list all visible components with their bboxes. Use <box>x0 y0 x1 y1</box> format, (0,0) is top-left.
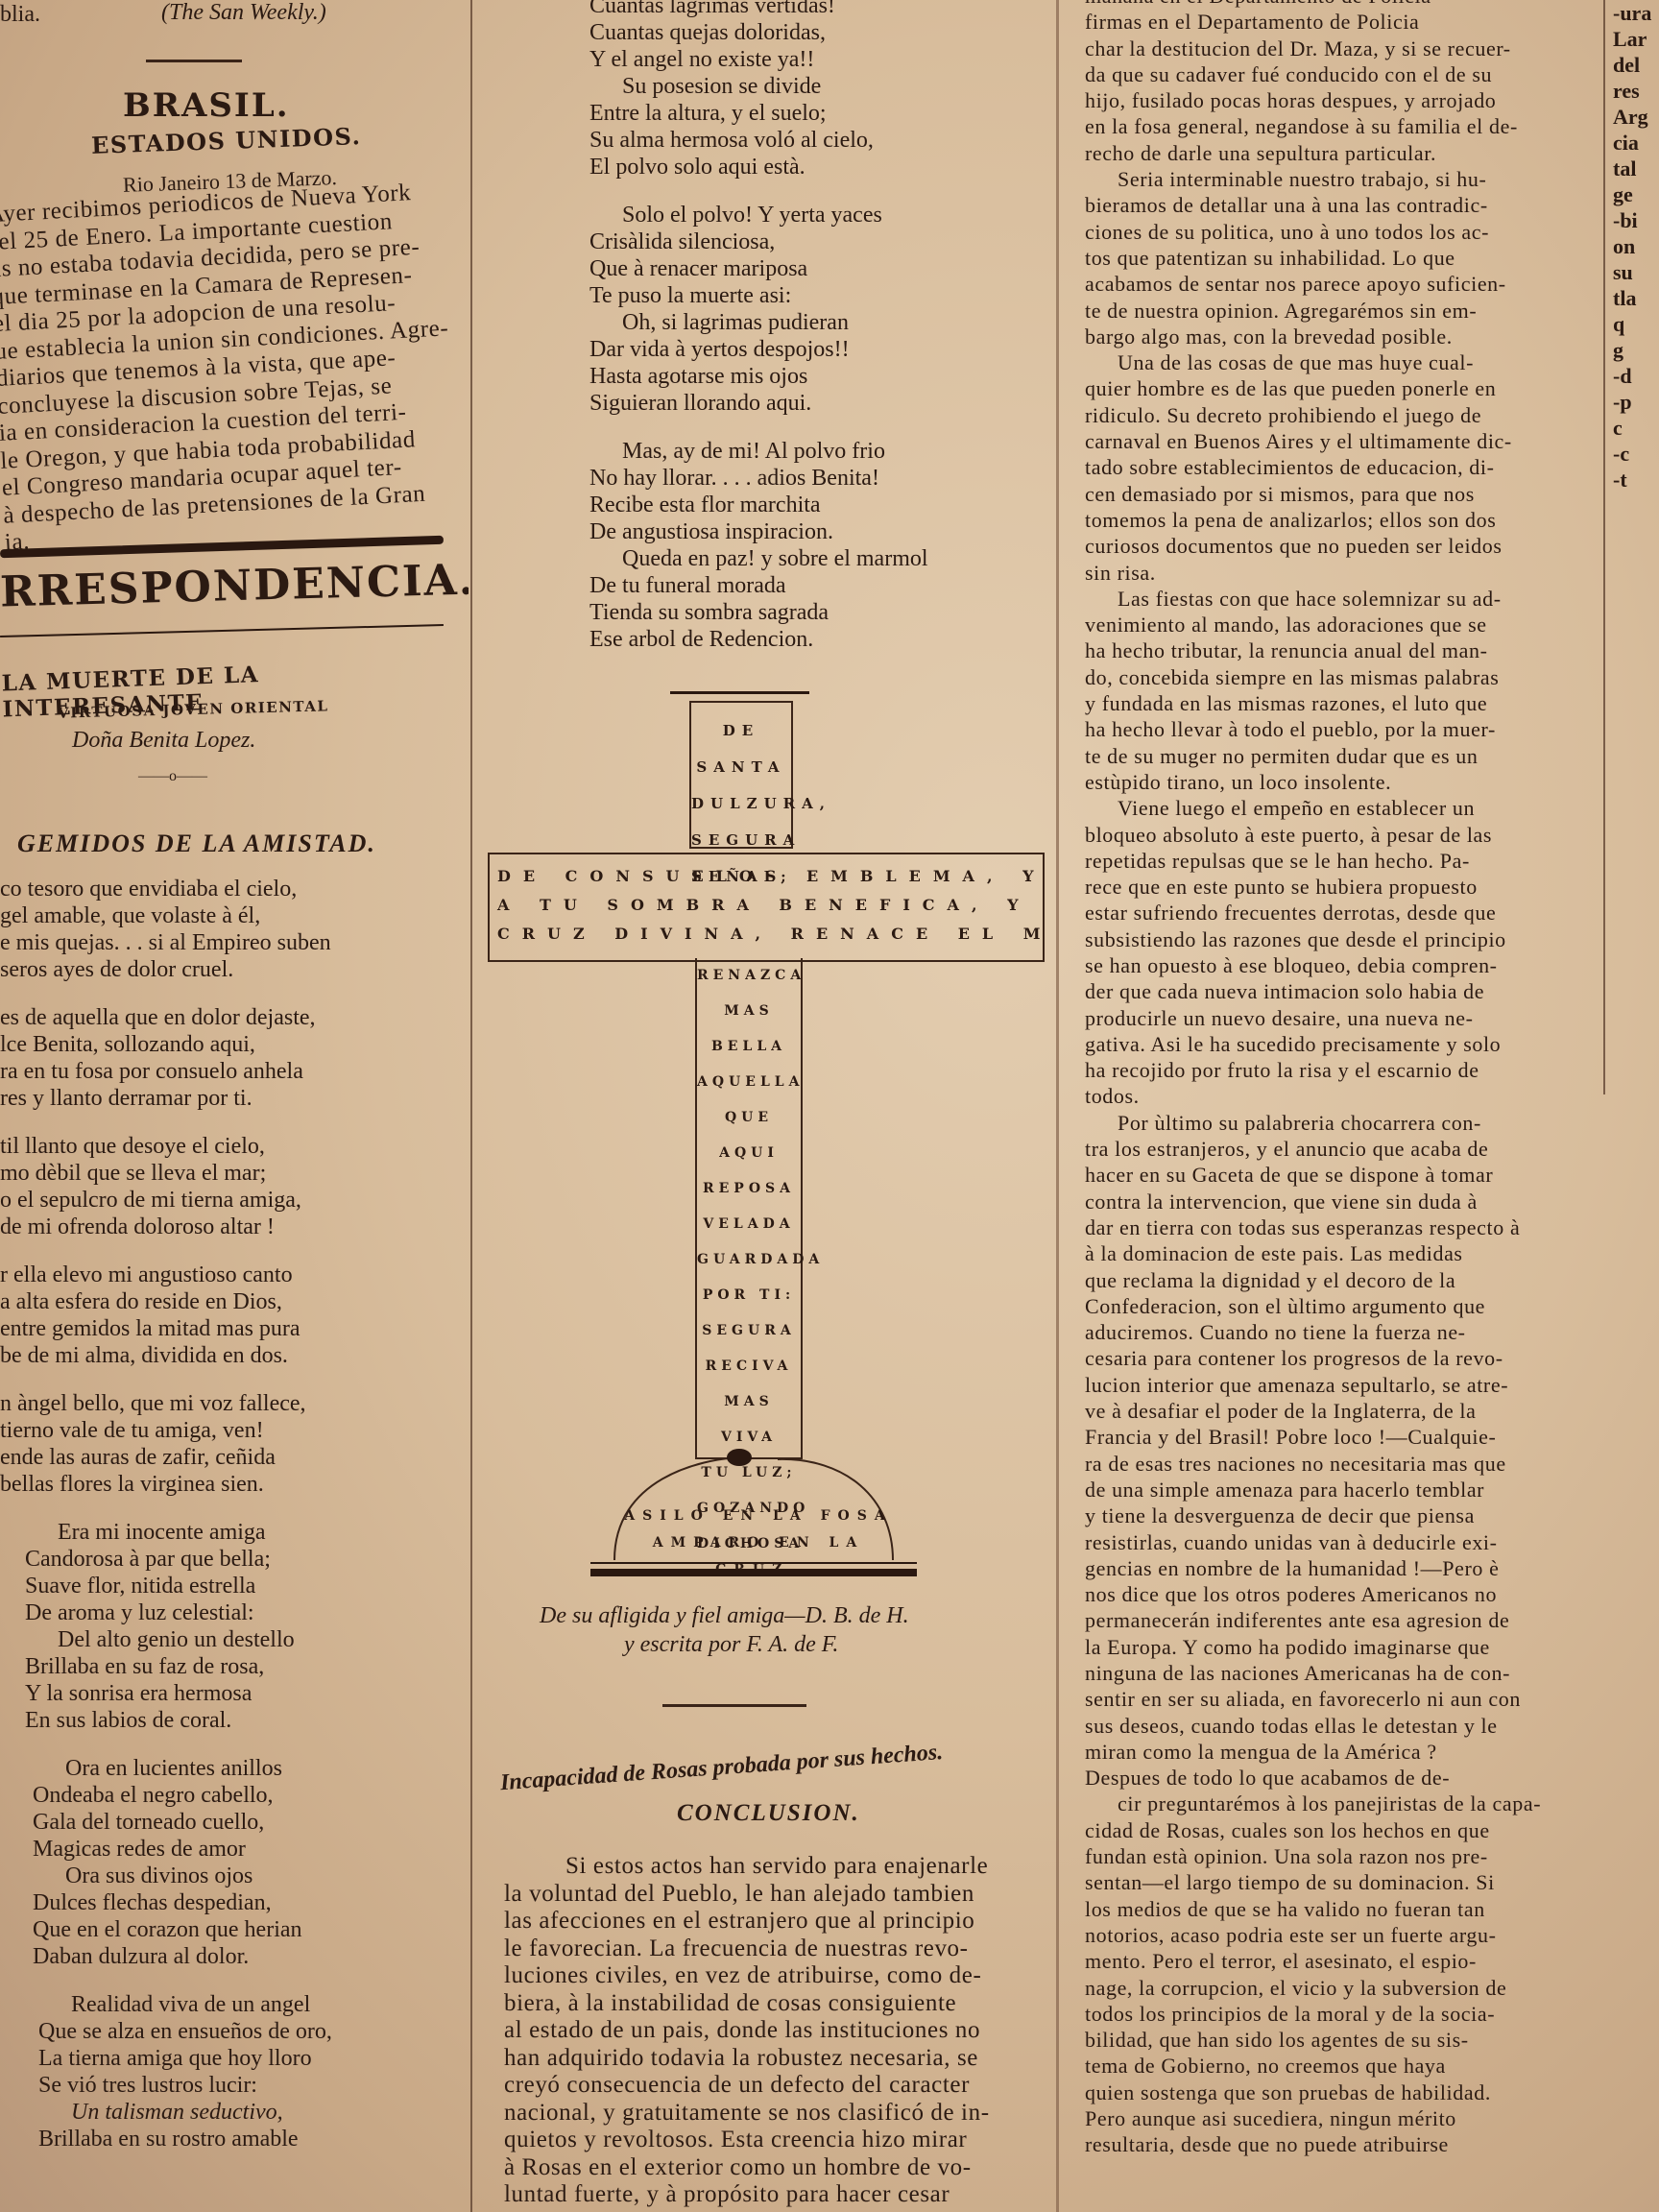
cross-line: MAS BELLA <box>697 994 801 1065</box>
fragment: g <box>1613 337 1659 363</box>
article-line: bloqueo absoluto à este puerto, à pesar … <box>1085 822 1623 848</box>
article-line: cir preguntarémos à los panejiristas de … <box>1085 1791 1623 1816</box>
article-line: dar en tierra con todas sus esperanzas r… <box>1085 1214 1623 1240</box>
verse-line: entre gemidos la mitad mas pura <box>0 1315 461 1342</box>
fragment: -bi <box>1613 207 1659 233</box>
verse-line: es de aquella que en dolor dejaste, <box>0 1004 461 1031</box>
brasil-article: Ayer recibimos periodicos de Nueva York … <box>0 179 456 558</box>
article-line: tema de Gobierno, no creemos que haya <box>1085 2053 1623 2079</box>
stanza: Ora en lucientes anillos Ondeaba el negr… <box>0 1755 461 1970</box>
verse-line: seros ayes de dolor cruel. <box>0 956 461 983</box>
verse-line: Que se alza en ensueños de oro, <box>38 2018 461 2045</box>
fragment: on <box>1613 233 1659 259</box>
verse-line: Del alto genio un destello <box>25 1626 461 1653</box>
stanza: es de aquella que en dolor dejaste, lce … <box>0 1004 461 1112</box>
verse-line: No hay llorar. . . . adios Benita! <box>589 465 928 492</box>
verse-line: Y la sonrisa era hermosa <box>25 1680 461 1707</box>
article-line: cidad de Rosas, cuales son los hechos en… <box>1085 1817 1623 1843</box>
fragment: ge <box>1613 181 1659 207</box>
verse-line: Era mi inocente amiga <box>25 1519 461 1546</box>
article-line: ha recojido por fruto la risa y el escar… <box>1085 1057 1623 1083</box>
verse-line: lce Benita, sollozando aqui, <box>0 1031 461 1058</box>
article-line: char la destitucion del Dr. Maza, y si s… <box>1085 36 1623 61</box>
fragment: -d <box>1613 363 1659 389</box>
cross-line: REPOSA <box>697 1171 801 1207</box>
cross-base-rule-thick <box>590 1569 917 1576</box>
article-line: se han opuesto à ese bloqueo, debia comp… <box>1085 952 1623 978</box>
article-line: subsistiendo las razones que desde el pr… <box>1085 926 1623 952</box>
dedication-name: Doña Benita Lopez. <box>72 728 255 754</box>
stanza: Cuantas lagrimas vertidas! Cuantas queja… <box>589 0 928 180</box>
verse-line: Te puso la muerte asi: <box>589 282 928 309</box>
article-line: acabamos de sentar nos parece apoyo sufi… <box>1085 271 1623 297</box>
article-line: las afecciones en el estranjero que al p… <box>504 1908 1042 1935</box>
article-line: que reclama la dignidad y el decoro de l… <box>1085 1267 1623 1293</box>
article-line: aduciremos. Cuando no tiene la fuerza ne… <box>1085 1319 1623 1345</box>
article-line: repetidas repulsas que se le han hecho. … <box>1085 848 1623 874</box>
verse-line: El polvo solo aqui està. <box>589 154 928 180</box>
verse-line: Daban dulzura al dolor. <box>33 1943 461 1970</box>
article-line: gencias en nombre de la humanidad !—Pero… <box>1085 1555 1623 1581</box>
cross-line: ASILO EN LA FOSA <box>605 1503 912 1529</box>
cross-line: RECIVA <box>697 1349 801 1384</box>
article-line: la Europa. Y como ha podido imaginarse q… <box>1085 1634 1623 1660</box>
article-line: recho de darle una sepultura particular. <box>1085 140 1623 166</box>
cross-line: POR TI: <box>697 1278 801 1313</box>
fragment: -t <box>1613 467 1659 493</box>
stanza: Mas, ay de mi! Al polvo frio No hay llor… <box>589 438 928 653</box>
section-banner-correspondencia: RRESPONDENCIA. <box>0 556 469 617</box>
verse-line: ende las auras de zafir, ceñida <box>0 1444 461 1471</box>
cross-line: SEGURA <box>697 1313 801 1349</box>
article-line: venimiento al mando, las adoraciones que… <box>1085 612 1623 637</box>
verse-line: La tierna amiga que hoy lloro <box>38 2045 461 2072</box>
article-line: da que su cadaver fué conducido con el d… <box>1085 61 1623 87</box>
verse-line: Que en el corazon que herian <box>33 1916 461 1943</box>
article-line: ve à desafiar el poder de la Inglaterra,… <box>1085 1398 1623 1424</box>
article-line: producirle un nuevo desaire, una nueva n… <box>1085 1005 1623 1031</box>
top-fragment: blia. <box>0 2 40 28</box>
article-line: resultaria, desde que no puede atribuirs… <box>1085 2131 1623 2157</box>
verse-line: e mis quejas. . . si al Empireo suben <box>0 929 461 956</box>
verse-line: Un talisman seductivo, <box>38 2099 461 2126</box>
article-line: han adquirido todavia la robustez necesa… <box>504 2045 1042 2073</box>
cross-line: GUARDADA <box>697 1242 801 1278</box>
article-line: ciones de su politica, uno à uno todos l… <box>1085 219 1623 245</box>
article-line: Seria interminable nuestro trabajo, si h… <box>1085 166 1623 192</box>
article-line: todos. <box>1085 1083 1623 1109</box>
article-line: al estado de un pais, donde las instituc… <box>504 2017 1042 2045</box>
cross-line: A TU SOMBRA BENEFICA, Y POR LA <box>497 891 1035 920</box>
verse-line: Se vió tres lustros lucir: <box>38 2072 461 2099</box>
verse-line: Ondeaba el negro cabello, <box>33 1782 461 1809</box>
article-line: estùpido tirano, un loco insolente. <box>1085 769 1623 795</box>
article-line: sentan—el largo tiempo de su dominacion.… <box>1085 1869 1623 1895</box>
divider <box>146 60 242 62</box>
page-fold <box>1056 0 1059 2212</box>
verse-line: de mi ofrenda doloroso altar ! <box>0 1214 461 1240</box>
signature-line-2: y escrita por F. A. de F. <box>624 1632 838 1658</box>
article-line: y fundada en las mismas razones, el luto… <box>1085 690 1623 716</box>
verse-line: a alta esfera do reside en Dios, <box>0 1288 461 1315</box>
verse-line: Cuantas lagrimas vertidas! <box>589 0 928 19</box>
cross-top-box: DE SANTA DULZURA, SEGURA SEÑAL; <box>689 701 793 849</box>
article-line: à Rosas en el exterior como un hombre de… <box>504 2154 1042 2182</box>
right-column: mañana en el Departamento de Policia fir… <box>1066 0 1659 2212</box>
left-column: blia. (The San Weekly.) BRASIL. ESTADOS … <box>0 0 469 2212</box>
cross-line: VELADA <box>697 1207 801 1242</box>
article-line: nos dice que los otros poderes Americano… <box>1085 1581 1623 1607</box>
verse-line: r ella elevo mi angustioso canto <box>0 1262 461 1288</box>
stanza: r ella elevo mi angustioso canto a alta … <box>0 1262 461 1369</box>
article-line: tra los estranjeros, y el anuncio que ac… <box>1085 1136 1623 1162</box>
article-line: en la fosa general, negandose à su famil… <box>1085 113 1623 139</box>
article-line: miran como la mengua de la América ? <box>1085 1739 1623 1765</box>
fragment: su <box>1613 259 1659 285</box>
verse-line: Mas, ay de mi! Al polvo frio <box>589 438 928 465</box>
section-rule-bottom <box>0 624 444 637</box>
verse-line: Solo el polvo! Y yerta yaces <box>589 202 928 228</box>
article-line: Francia y del Brasil! Pobre loco !—Cualq… <box>1085 1424 1623 1450</box>
article-line: Las fiestas con que hace solemnizar su a… <box>1085 586 1623 612</box>
article-line: te de nuestra opinion. Agregarémos sin e… <box>1085 298 1623 324</box>
verse-line: be de mi alma, dividida en dos. <box>0 1342 461 1369</box>
fragment: -ura <box>1613 0 1659 26</box>
cross-line: CRUZ DIVINA, RENACE EL MORTAL <box>497 920 1035 949</box>
fragment: -p <box>1613 389 1659 415</box>
signature-line-1: De su afligida y fiel amiga—D. B. de H. <box>540 1603 909 1629</box>
fragment: tal <box>1613 156 1659 181</box>
verse-line: ra en tu fosa por consuelo anhela <box>0 1058 461 1085</box>
verse-line: Magicas redes de amor <box>33 1836 461 1863</box>
verse-line: Dulces flechas despedian, <box>33 1889 461 1916</box>
article-line: estar sufriendo frecuentes derrotas, des… <box>1085 900 1623 926</box>
article-line: Viene luego el empeño en establecer un <box>1085 795 1623 821</box>
stanza: co tesoro que envidiaba el cielo, gel am… <box>0 876 461 983</box>
cross-line: DULZURA, <box>691 785 791 822</box>
article-line: mañana en el Departamento de Policia <box>1085 0 1623 9</box>
verse-line: Entre la altura, y el suelo; <box>589 100 928 127</box>
article-line: ninguna de las naciones Americanas ha de… <box>1085 1660 1623 1686</box>
verse-line: Oh, si lagrimas pudieran <box>589 309 928 336</box>
verse-line: tierno vale de tu amiga, ven! <box>0 1417 461 1444</box>
ornament-divider: ——o—— <box>115 768 230 785</box>
verse-line: Tienda su sombra sagrada <box>589 599 928 626</box>
article-line: quietos y revoltosos. Esta creencia hizo… <box>504 2127 1042 2154</box>
article-line: notorios, acaso podria este ser un fuert… <box>1085 1922 1623 1948</box>
cross-line: QUE AQUI <box>697 1100 801 1171</box>
poem-stanzas: co tesoro que envidiaba el cielo, gel am… <box>0 876 461 2174</box>
verse-line: De tu funeral morada <box>589 572 928 599</box>
verse-line: Brillaba en su faz de rosa, <box>25 1653 461 1680</box>
article-line: curiosos documentos que no pueden ser le… <box>1085 533 1623 559</box>
verse-line: bellas flores la virginea sien. <box>0 1471 461 1498</box>
verse-line: Gala del torneado cuello, <box>33 1809 461 1836</box>
stanza: Era mi inocente amiga Candorosa à par qu… <box>0 1519 461 1734</box>
article-line: tomemos la pena de analizarlos; ellos so… <box>1085 507 1623 533</box>
article-line: fundan està opinion. Una sola razon nos … <box>1085 1843 1623 1869</box>
verse-line: Suave flor, nitida estrella <box>25 1573 461 1599</box>
article-line: nacional, y gratuitamente se nos clasifi… <box>504 2100 1042 2128</box>
verse-line: De aroma y luz celestial: <box>25 1599 461 1626</box>
verse-line: Ora en lucientes anillos <box>33 1755 461 1782</box>
verse-line: res y llanto derramar por ti. <box>0 1085 461 1112</box>
poem-continuation: Cuantas lagrimas vertidas! Cuantas queja… <box>589 0 928 674</box>
article-line: biera, à la instabilidad de cosas consig… <box>504 1990 1042 2018</box>
article-line: contra la intervencion, que viene sin du… <box>1085 1189 1623 1214</box>
verse-line: o el sepulcro de mi tierna amiga, <box>0 1187 461 1214</box>
article-line: mento. Pero el terror, el asesinato, el … <box>1085 1948 1623 1974</box>
cross-line: AQUELLA <box>697 1065 801 1100</box>
verse-line: co tesoro que envidiaba el cielo, <box>0 876 461 902</box>
cross-stem-box: RENAZCA MAS BELLA AQUELLA QUE AQUI REPOS… <box>695 958 803 1459</box>
divider <box>662 1704 806 1707</box>
article-line: la voluntad del Pueblo, le han alejado t… <box>504 1881 1042 1909</box>
cross-base-rule-thin <box>590 1562 917 1564</box>
cross-top-rule <box>670 691 809 694</box>
article-line: luciones civiles, en vez de atribuirse, … <box>504 1962 1042 1990</box>
article-line: los medios de que se ha valido no fueran… <box>1085 1896 1623 1922</box>
article-line: tado sobre establecimientos de educacion… <box>1085 454 1623 480</box>
article-line: cen demasiado por si mismos, para que no… <box>1085 481 1623 507</box>
article-line: Por ùltimo su palabreria chocarrera con- <box>1085 1110 1623 1136</box>
middle-column: Cuantas lagrimas vertidas! Cuantas queja… <box>480 0 1046 2212</box>
article-line: permanecerán indiferentes ante esa agres… <box>1085 1607 1623 1633</box>
verse-line: mo dèbil que se lleva el mar; <box>0 1160 461 1187</box>
article-line: hijo, fusilado pocas horas despues, y ar… <box>1085 87 1623 113</box>
article-line: firmas en el Departamento de Policia <box>1085 9 1623 35</box>
article-line: quier hombre es de las que pueden ponerl… <box>1085 375 1623 401</box>
article-line: cesaria para contener los progresos de l… <box>1085 1345 1623 1371</box>
article-line: bieramos de detallar una à una las contr… <box>1085 192 1623 218</box>
article-line: de una simple amenaza para hacerlo tembl… <box>1085 1477 1623 1503</box>
verse-line: Siguieran llorando aqui. <box>589 390 928 417</box>
fragment: cia <box>1613 130 1659 156</box>
article-line: do, concebida siempre en las mismas pala… <box>1085 664 1623 690</box>
article-line: sin risa. <box>1085 560 1623 586</box>
fragment: tla <box>1613 285 1659 311</box>
verse-line: Dar vida à yertos despojos!! <box>589 336 928 363</box>
fragment: q <box>1613 311 1659 337</box>
fragment: del <box>1613 52 1659 78</box>
verse-line: n àngel bello, que mi voz fallece, <box>0 1390 461 1417</box>
verse-line: Hasta agotarse mis ojos <box>589 363 928 390</box>
fragment: Arg <box>1613 104 1659 130</box>
verse-line: Ora sus divinos ojos <box>33 1863 461 1889</box>
article-line: luntad fuerte, y à propósito para hacer … <box>504 2181 1042 2209</box>
article-line: resistirlas, cuando unidas van à deducir… <box>1085 1529 1623 1555</box>
verse-line: til llanto que desoye el cielo, <box>0 1133 461 1160</box>
article-body: Si estos actos han servido para enajenar… <box>504 1853 1042 2209</box>
fragment: c <box>1613 415 1659 441</box>
article-line: bilidad, que han sido los agentes de su … <box>1085 2027 1623 2053</box>
cross-arms-box: DE CONSUELOS EMBLEMA, Y FIGURA A TU SOMB… <box>488 853 1045 962</box>
article-line: sus deseos, cuando todas ellas le detest… <box>1085 1713 1623 1739</box>
stanza: n àngel bello, que mi voz fallece, tiern… <box>0 1390 461 1498</box>
verse-line: Crisàlida silenciosa, <box>589 228 928 255</box>
article-line: creyó consecuencia de un defecto del car… <box>504 2072 1042 2100</box>
verse-line: Realidad viva de un angel <box>38 1991 461 2018</box>
verse-line: De angustiosa inspiracion. <box>589 518 928 545</box>
cross-arms-text: DE CONSUELOS EMBLEMA, Y FIGURA A TU SOMB… <box>490 854 1043 956</box>
stanza: Solo el polvo! Y yerta yaces Crisàlida s… <box>589 202 928 417</box>
article-line: Una de las cosas de que mas huye cual- <box>1085 349 1623 375</box>
verse-line: Que à renacer mariposa <box>589 255 928 282</box>
fragment: Lar <box>1613 26 1659 52</box>
verse-line: Brillaba en su rostro amable <box>38 2126 461 2152</box>
newspaper-page: blia. (The San Weekly.) BRASIL. ESTADOS … <box>0 0 1659 2212</box>
article-line: rece que en este punto se hubiera propue… <box>1085 874 1623 900</box>
article-line: hacer en su Gaceta de que se dispone à t… <box>1085 1162 1623 1188</box>
verse-line: Cuantas quejas doloridas, <box>589 19 928 46</box>
article-line: gativa. Asi le ha sucedido precisamente … <box>1085 1031 1623 1057</box>
column-rule <box>470 0 472 2212</box>
verse-line: Candorosa à par que bella; <box>25 1546 461 1573</box>
article-line: à la dominacion de este pais. Las medida… <box>1085 1240 1623 1266</box>
article-line: todos los principios de la moral y de la… <box>1085 2001 1623 2027</box>
article-line: nage, la corrupcion, el vicio y la subve… <box>1085 1975 1623 2001</box>
subhead-estados-unidos: ESTADOS UNIDOS. <box>91 122 362 159</box>
verse-line: En sus labios de coral. <box>25 1707 461 1734</box>
article-line: Si estos actos han servido para enajenar… <box>504 1853 1042 1881</box>
cross-line: DE SANTA <box>691 712 791 785</box>
headline-brasil: BRASIL. <box>123 86 290 125</box>
masthead-fragment: (The San Weekly.) <box>161 0 326 26</box>
article-subtitle: CONCLUSION. <box>677 1800 860 1827</box>
article-title: Incapacidad de Rosas probada por sus hec… <box>499 1740 944 1796</box>
article-line: Pero aunque asi sucediera, ningun mérito <box>1085 2105 1623 2131</box>
adjacent-column-fragments: -ura Lar del res Arg cia tal ge -bi on s… <box>1613 0 1659 493</box>
verse-line: gel amable, que volaste à él, <box>0 902 461 929</box>
article-line: ra de esas tres naciones no necesitaria … <box>1085 1451 1623 1477</box>
article-line: ridiculo. Su decreto prohibiendo el jueg… <box>1085 402 1623 428</box>
rosas-article-continuation: mañana en el Departamento de Policia fir… <box>1085 0 1623 2158</box>
article-line: carnaval en Buenos Aires y el ultimament… <box>1085 428 1623 454</box>
article-line: tos que patentizan su inhabilidad. Lo qu… <box>1085 245 1623 271</box>
verse-line: Y el angel no existe ya!! <box>589 46 928 73</box>
article-line: bargo algo mas, con la brevedad posible. <box>1085 324 1623 349</box>
article-line: te de su muger no permiten dudar que es … <box>1085 743 1623 769</box>
article-line: Despues de todo lo que acabamos de de- <box>1085 1765 1623 1791</box>
article-line: lucion interior que amenaza sepultarlo, … <box>1085 1372 1623 1398</box>
article-line: Confederacion, son el ùltimo argumento q… <box>1085 1293 1623 1319</box>
fragment: res <box>1613 78 1659 104</box>
verse-line: Queda en paz! y sobre el marmol <box>589 545 928 572</box>
poem-title: GEMIDOS DE LA AMISTAD. <box>17 829 376 858</box>
cross-line: DE CONSUELOS EMBLEMA, Y FIGURA <box>497 862 1035 891</box>
verse-line: Ese arbol de Redencion. <box>589 626 928 653</box>
verse-line: Recibe esta flor marchita <box>589 492 928 518</box>
article-line: le favorecian. La frecuencia de nuestras… <box>504 1935 1042 1963</box>
stanza: til llanto que desoye el cielo, mo dèbil… <box>0 1133 461 1240</box>
verse-line: Su alma hermosa voló al cielo, <box>589 127 928 154</box>
cross-line: RENAZCA <box>697 958 801 994</box>
article-line: sentir en ser su aliada, en favorecerlo … <box>1085 1686 1623 1712</box>
verse-line: Su posesion se divide <box>589 73 928 100</box>
column-rule <box>1603 0 1605 1094</box>
stanza: Realidad viva de un angel Que se alza en… <box>0 1991 461 2152</box>
article-line: ha hecho llevar à todo el pueblo, por la… <box>1085 716 1623 742</box>
article-line: quien sostenga que son pruebas de habili… <box>1085 2080 1623 2105</box>
fragment: -c <box>1613 441 1659 467</box>
article-line: ha hecho tributar, la renuncia anual del… <box>1085 637 1623 663</box>
article-line: der que cada nueva intimacion solo habia… <box>1085 978 1623 1004</box>
article-line: y tiene la desverguenza de decir que pie… <box>1085 1503 1623 1528</box>
